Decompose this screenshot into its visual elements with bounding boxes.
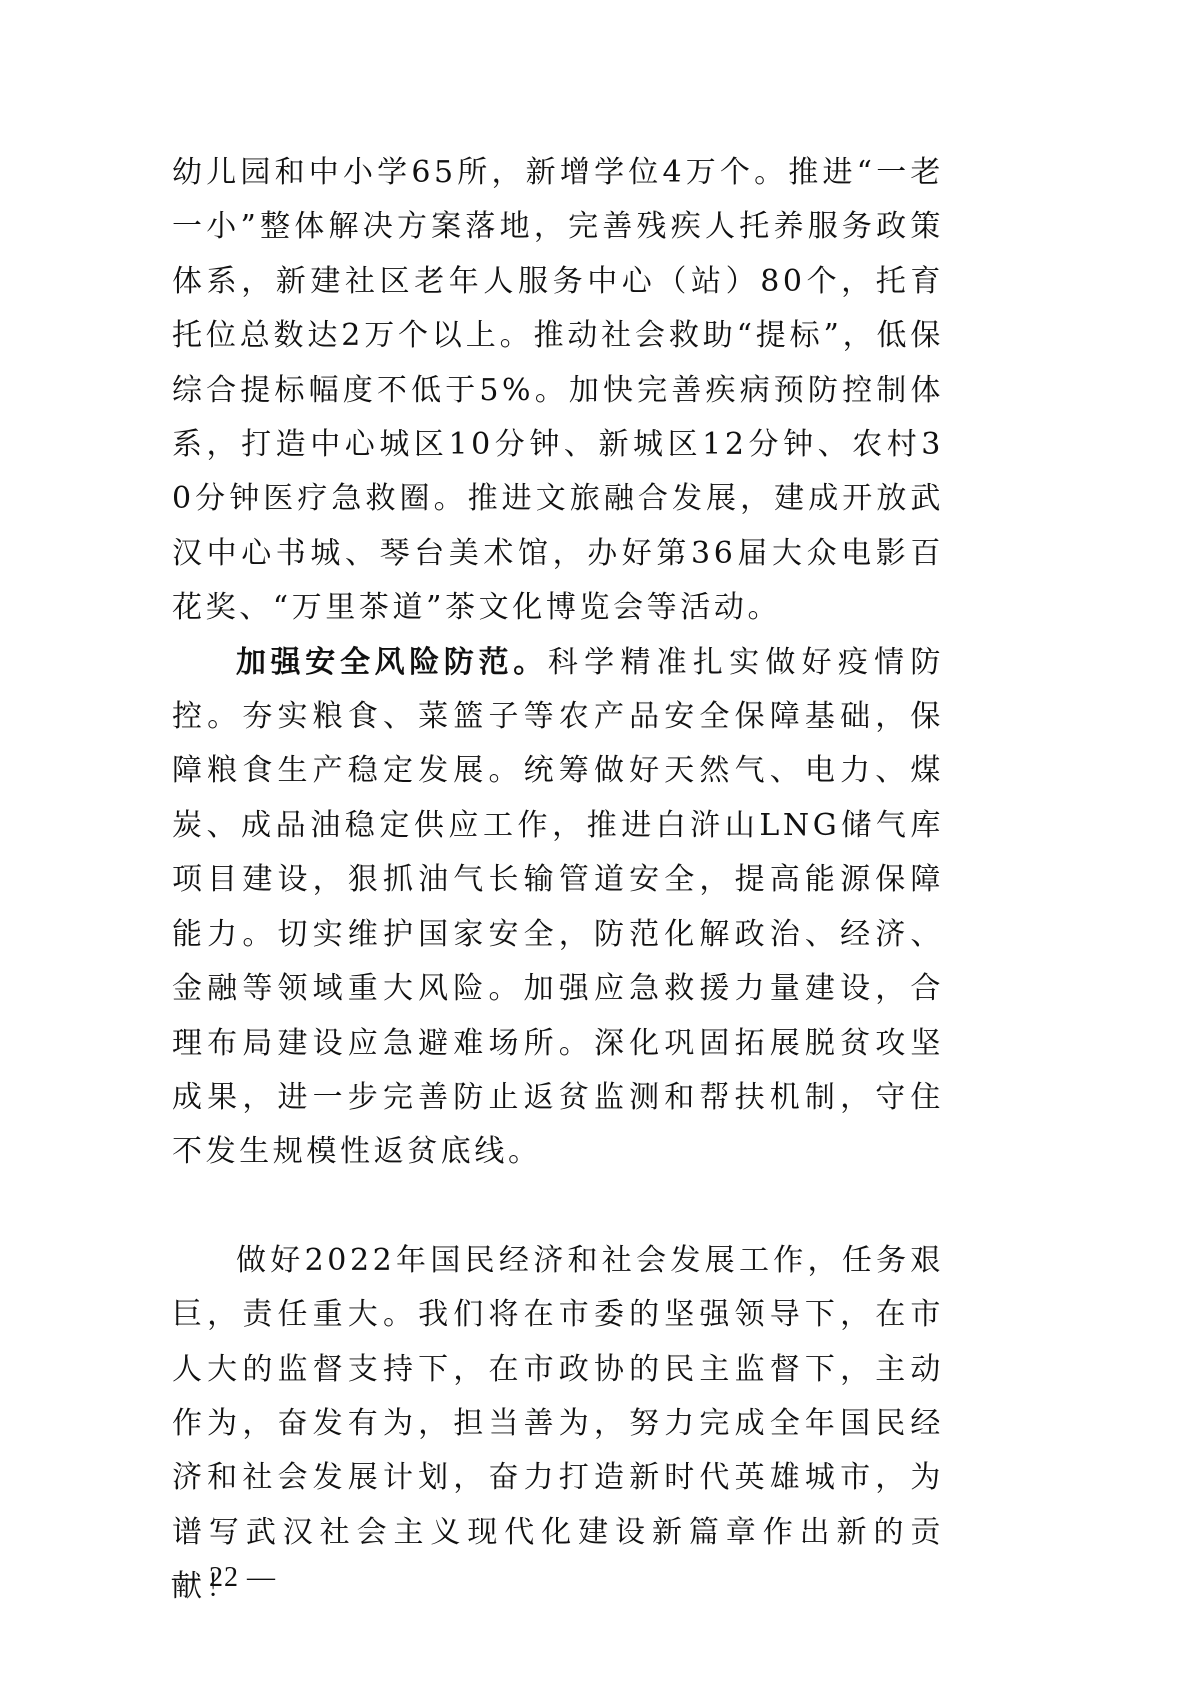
paragraph-text: 做好2022年国民经济和社会发展工作，任务艰巨，责任重大。我们将在市委的坚强领导… [172, 1243, 944, 1604]
paragraph-conclusion: 做好2022年国民经济和社会发展工作，任务艰巨，责任重大。我们将在市委的坚强领导… [172, 1234, 944, 1615]
paragraph-social-services: 幼儿园和中小学65所，新增学位4万个。推进“一老一小”整体解决方案落地，完善残疾… [172, 146, 944, 636]
document-page: 幼儿园和中小学65所，新增学位4万个。推进“一老一小”整体解决方案落地，完善残疾… [0, 0, 1199, 1696]
paragraph-text: 科学精准扎实做好疫情防控。夯实粮食、菜篮子等农产品安全保障基础，保障粮食生产稳定… [172, 645, 944, 1170]
paragraph-text: 幼儿园和中小学65所，新增学位4万个。推进“一老一小”整体解决方案落地，完善残疾… [172, 155, 944, 625]
paragraph-lead-heading: 加强安全风险防范。 [236, 645, 548, 680]
page-number: — 22 — [172, 1562, 276, 1594]
paragraph-safety-risk: 加强安全风险防范。科学精准扎实做好疫情防控。夯实粮食、菜篮子等农产品安全保障基础… [172, 636, 944, 1180]
body-text: 幼儿园和中小学65所，新增学位4万个。推进“一老一小”整体解决方案落地，完善残疾… [172, 146, 944, 1615]
